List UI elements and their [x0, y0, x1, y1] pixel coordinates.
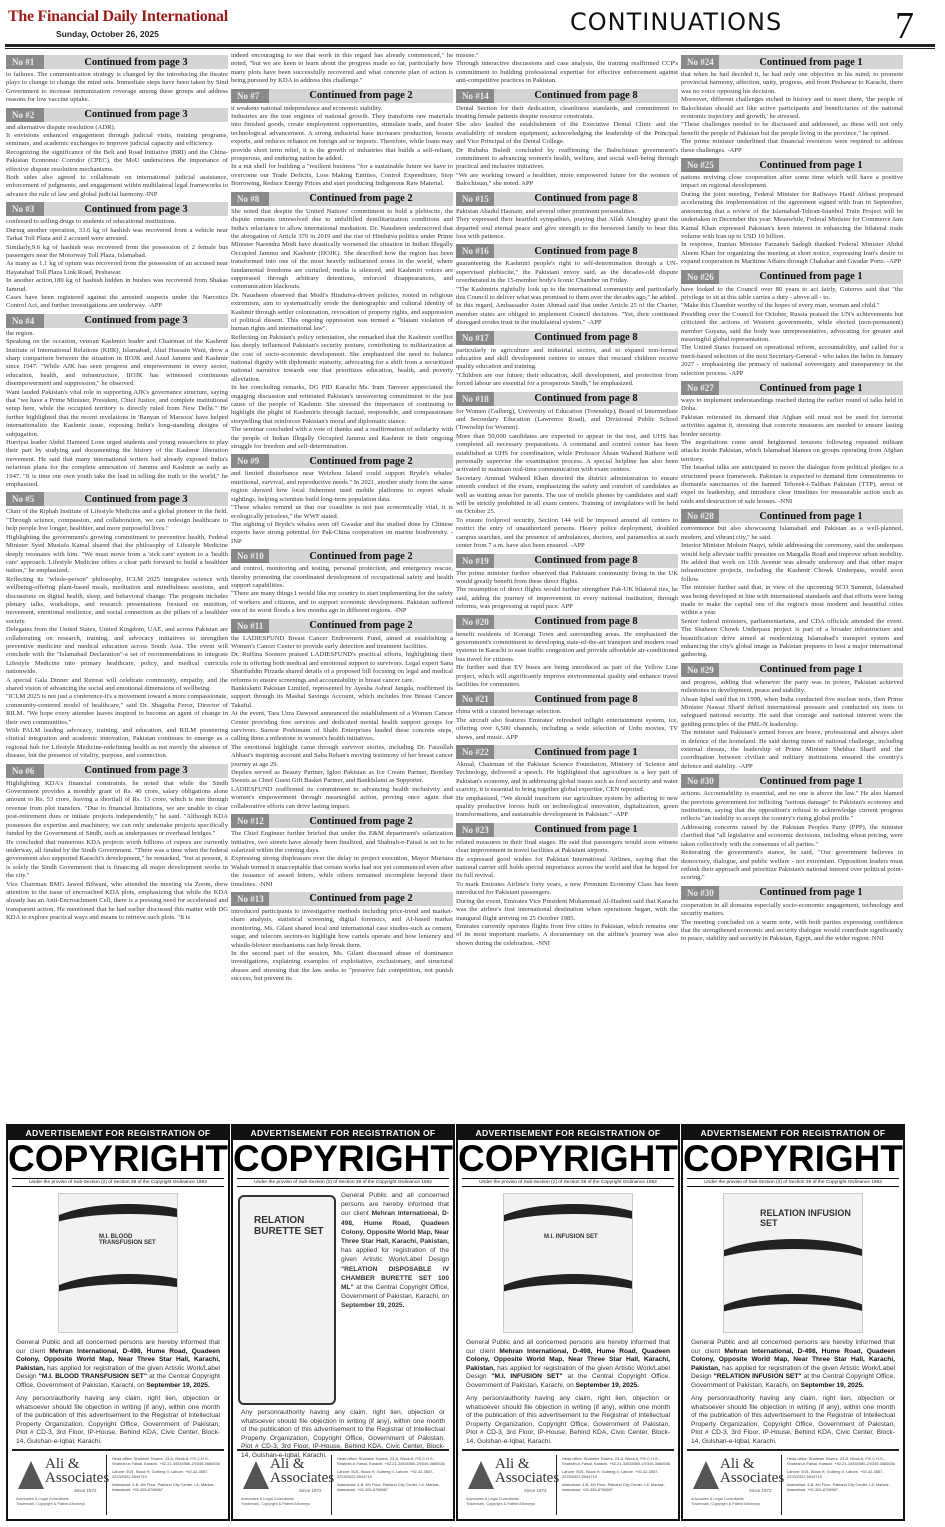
continued-from: Continued from page 8 — [494, 332, 678, 343]
column-3: misuse."Through interactive discussions … — [456, 52, 678, 1125]
continued-from: Continued from page 2 — [269, 193, 453, 204]
article-paragraph: Interior Minister Mohsin Naqvi, while ad… — [681, 542, 903, 584]
article-paragraph: and alternative dispute resolution (ADR)… — [6, 124, 228, 132]
article-paragraph: Recognizing the significance of the Belt… — [6, 149, 228, 174]
ad-objection: Any person/authority having any claim, r… — [683, 1395, 903, 1446]
article-paragraph: Reflecting its "whole-person" philosophy… — [6, 576, 228, 626]
article-paragraph: Presiding over the Council for October, … — [681, 311, 903, 345]
ad-objection: Any person/authority having any claim, r… — [8, 1395, 228, 1446]
article-paragraph: In a nut shell for building a "resilient… — [231, 163, 453, 188]
article-body: and control, monitoring and testing, per… — [231, 565, 453, 615]
continued-from: Continued from page 1 — [494, 747, 678, 758]
article-paragraph: A special Gala Dinner and Retreat will c… — [6, 677, 228, 694]
article-header: No #10Continued from page 2 — [231, 549, 453, 563]
article-body: and alternative dispute resolution (ADR)… — [6, 124, 228, 200]
article-number: No #13 — [231, 892, 269, 906]
article-paragraph: The Istanbul talks are anticipated to mo… — [681, 464, 903, 506]
article-header: No #30Continued from page 1 — [681, 886, 903, 900]
article-body: The Chief Engineer further briefed that … — [231, 830, 453, 889]
agency-logo: Ali &Associates Since 1972 Advocates & L… — [12, 1455, 107, 1515]
article-paragraph: Wani lauded Pakistan's vital role in sup… — [6, 389, 228, 439]
article-paragraph: The United States focused on operational… — [681, 344, 903, 378]
article-paragraph: To ensure foolproof security, Section 14… — [456, 517, 678, 551]
article-body: have looked to the Council over 80 years… — [681, 286, 903, 378]
agency-logo: Ali &Associates Since 1972 Advocates & L… — [687, 1455, 782, 1515]
article-number: No #18 — [456, 392, 494, 406]
article-paragraph: In this regard, Ambassador Asim Ahmad sa… — [456, 302, 678, 327]
article-paragraph: Emirates currently operates flights from… — [456, 923, 678, 948]
article-header: No #16Continued from page 8 — [456, 244, 678, 258]
article-paragraph: She noted that despite the United Nation… — [231, 208, 453, 292]
article-header: No #4Continued from page 3 — [6, 314, 228, 328]
article-header: No #9Continued from page 2 — [231, 454, 453, 468]
section-title: CONTINUATIONS — [570, 8, 782, 36]
article-body: benefit residents of Korangi Town and su… — [456, 631, 678, 690]
column-2: indeed encouraging to see that work in t… — [231, 52, 453, 1125]
continued-from: Continued from page 8 — [494, 616, 678, 627]
product-label-image: RELATION BURETTE SET — [238, 1195, 336, 1405]
article-header: No #1Continued from page 3 — [6, 55, 228, 69]
article-paragraph: Cases have been registered against the a… — [6, 294, 228, 311]
article-body: particularly in agriculture and industri… — [456, 347, 678, 389]
article-body: misuse."Through interactive discussions … — [456, 52, 678, 86]
continued-from: Continued from page 1 — [719, 887, 903, 898]
article-header: No #22Continued from page 1 — [456, 745, 678, 759]
header-rule-thin — [5, 48, 935, 49]
article-number: No #30 — [681, 886, 719, 900]
ad-subtitle: Under the proviso of Sub-Section (2) of … — [462, 1178, 674, 1187]
article-number: No #25 — [681, 158, 719, 172]
continued-from: Continued from page 1 — [719, 57, 903, 68]
agency-addresses: Head office: Shaheen Towers, 23-A, Block… — [332, 1451, 449, 1515]
continued-from: Continued from page 8 — [494, 694, 678, 705]
continued-from: Continued from page 2 — [269, 893, 453, 904]
logo-a-icon — [468, 1461, 494, 1489]
article-paragraph: She also lauded the establishment of the… — [456, 121, 678, 146]
article-paragraph: The prime minister further observed that… — [456, 570, 678, 587]
article-paragraph: "These challenges needed to be discussed… — [681, 121, 903, 138]
article-paragraph: introduced participants to investigative… — [231, 908, 453, 950]
article-paragraph: Dr. Nausheen observed that Modi's Hindut… — [231, 292, 453, 334]
article-paragraph: Dental Section for their dedication, cle… — [456, 105, 678, 122]
continued-from: Continued from page 3 — [44, 109, 228, 120]
article-paragraph: Highlighting the government's growing co… — [6, 534, 228, 576]
article-paragraph: In another action,180 kg of hashish hidd… — [6, 277, 228, 294]
ad-objection: Any person/authority having any claim, r… — [458, 1395, 678, 1446]
article-number: No #3 — [6, 202, 44, 216]
article-header: No #2Continued from page 3 — [6, 108, 228, 122]
article-paragraph: ways to implement understandings reached… — [681, 397, 903, 414]
article-paragraph: During another operation, 33.6 kg of has… — [6, 227, 228, 244]
article-paragraph: "Children are our future; their educatio… — [456, 372, 678, 389]
article-paragraph: particularly in agriculture and industri… — [456, 347, 678, 372]
article-header: No #18Continued from page 8 — [456, 392, 678, 406]
article-paragraph: The emotional highlight came through sur… — [231, 744, 453, 769]
article-header: No #17Continued from page 8 — [456, 331, 678, 345]
copyright-ad: ADVERTISEMENT FOR REGISTRATION OF COPYRI… — [231, 1124, 455, 1521]
article-header: No #23Continued from page 1 — [456, 823, 678, 837]
continued-from: Continued from page 2 — [269, 90, 453, 101]
continued-from: Continued from page 1 — [719, 511, 903, 522]
article-paragraph: actions. Accountability is essential, an… — [681, 790, 903, 824]
article-header: No #28Continued from page 1 — [681, 509, 903, 523]
article-paragraph: The resumption of direct flights would f… — [456, 586, 678, 611]
article-body: the region.Speaking on the occasion, vet… — [6, 330, 228, 490]
article-paragraph: "Make this Chamber worthy of the hopes o… — [681, 302, 903, 310]
article-paragraph: Secretary Ammad Waheed Khan directed the… — [456, 475, 678, 517]
article-paragraph: Pakistan Abadul Hasnain, and several oth… — [456, 208, 678, 216]
article-body: the LADIESFUND Breast Cancer Endowment F… — [231, 635, 453, 812]
article-paragraph: to failures. The communication strategy … — [6, 71, 228, 105]
continued-from: Continued from page 1 — [719, 271, 903, 282]
article-paragraph: Chair of the Riphah Institute of Lifesty… — [6, 508, 228, 533]
logo-a-icon — [693, 1461, 719, 1489]
article-paragraph: "There are many things I would like my c… — [231, 590, 453, 615]
column-4: No #24Continued from page 1that when he … — [681, 52, 903, 1125]
continued-from: Continued from page 2 — [269, 456, 453, 467]
article-number: No #16 — [456, 244, 494, 258]
article-paragraph: The meeting concluded on a warm note, wi… — [681, 919, 903, 944]
article-number: No #5 — [6, 492, 44, 506]
logo-a-icon — [18, 1461, 44, 1489]
article-paragraph: Depilex served as Beauty Partner, Igloo … — [231, 769, 453, 786]
article-body: china with a curated beverage selection.… — [456, 708, 678, 742]
continued-from: Continued from page 3 — [44, 57, 228, 68]
article-header: No #26Continued from page 1 — [681, 270, 903, 284]
article-header: No #19Continued from page 8 — [456, 554, 678, 568]
article-body: actions. Accountability is essential, an… — [681, 790, 903, 882]
article-paragraph: It envisions enhanced engagement through… — [6, 132, 228, 149]
article-paragraph: the LADIESFUND Breast Cancer Endowment F… — [231, 635, 453, 652]
article-number: No #15 — [456, 192, 494, 206]
article-paragraph: "ICLM 2025 is not just a conference-it's… — [6, 693, 228, 727]
agency-footer: Ali &Associates Since 1972 Advocates & L… — [237, 1449, 449, 1515]
article-body: confessed to selling drugs to students o… — [6, 218, 228, 310]
article-number: No #2 — [6, 108, 44, 122]
article-paragraph: confessed to selling drugs to students o… — [6, 218, 228, 226]
continued-from: Continued from page 2 — [269, 816, 453, 827]
article-number: No #28 — [681, 509, 719, 523]
article-paragraph: "The Kashmiris rightfully look up to the… — [456, 286, 678, 303]
article-number: No #27 — [681, 381, 719, 395]
article-paragraph: The negotiations come amid heightened te… — [681, 439, 903, 464]
article-number: No #23 — [456, 823, 494, 837]
article-paragraph: Hurriyat leader Abdul Hameed Lone urged … — [6, 439, 228, 489]
article-paragraph: Vice Chairman BMG Jawed Bilwani, who att… — [6, 881, 228, 923]
article-paragraph: for Women (Gulberg), University of Educa… — [456, 408, 678, 433]
article-paragraph: He concluded that numerous KDA projects … — [6, 839, 228, 881]
continued-from: Continued from page 1 — [719, 383, 903, 394]
article-paragraph: Similarly,9.6 kg of hashish was recovere… — [6, 244, 228, 261]
article-number: No #10 — [231, 549, 269, 563]
article-paragraph: convenience but also showcasing Islamaba… — [681, 525, 903, 542]
header-rule — [5, 44, 935, 47]
article-paragraph: The prime minister underlined that finan… — [681, 138, 903, 155]
agency-footer: Ali &Associates Since 1972 Advocates & L… — [687, 1449, 899, 1515]
article-body: Chair of the Riphah Institute of Lifesty… — [6, 508, 228, 760]
copyright-ad: ADVERTISEMENT FOR REGISTRATION OF COPYRI… — [6, 1124, 230, 1521]
ad-subtitle: Under the proviso of Sub-Section (2) of … — [687, 1178, 899, 1187]
article-header: No #14Continued from page 8 — [456, 89, 678, 103]
article-body: convenience but also showcasing Islamaba… — [681, 525, 903, 660]
continued-from: Continued from page 1 — [719, 776, 903, 787]
continued-from: Continued from page 1 — [719, 664, 903, 675]
article-paragraph: The Chief Engineer further briefed that … — [231, 830, 453, 855]
article-body: ways to implement understandings reached… — [681, 397, 903, 506]
article-header: No #6Continued from page 3 — [6, 764, 228, 778]
article-paragraph: benefit residents of Korangi Town and su… — [456, 631, 678, 665]
continued-from: Continued from page 1 — [494, 824, 678, 835]
article-header: No #21Continued from page 8 — [456, 692, 678, 706]
article-number: No #29 — [681, 663, 719, 677]
article-paragraph: Highlighting KDA's financial constraints… — [6, 780, 228, 839]
article-paragraph: Dr Rubaba Buledi concluded by reaffirmin… — [456, 147, 678, 172]
article-paragraph: The minister said Pakistan's armed force… — [681, 729, 903, 771]
article-paragraph: At the event, Tara Uzra Dawood announced… — [231, 710, 453, 744]
article-paragraph: misuse." — [456, 52, 678, 60]
article-paragraph: Speaking on the occasion, veteran Kashmi… — [6, 338, 228, 388]
article-number: No #21 — [456, 692, 494, 706]
article-body: nations reviving close cooperation after… — [681, 174, 903, 266]
article-paragraph: In the second part of the session, Ms. G… — [231, 950, 453, 984]
article-paragraph: He further said that EV buses are being … — [456, 664, 678, 689]
article-body: Akmal, Chairman of the Pakistan Science … — [456, 761, 678, 820]
article-paragraph: During the event, Emirates Vice Presiden… — [456, 898, 678, 923]
paper-date: Sunday, October 26, 2025 — [56, 29, 159, 39]
column-1: No #1Continued from page 3to failures. T… — [6, 52, 228, 1125]
article-paragraph: and limited disturbance near Weizhou Isl… — [231, 470, 453, 504]
article-paragraph: have looked to the Council over 80 years… — [681, 286, 903, 303]
article-paragraph: Dr. Ruffina Soomro praised LADIESFUND's … — [231, 651, 453, 685]
article-paragraph: With PALM leading advocacy, training, an… — [6, 727, 228, 761]
article-body: it weakens national independence and eco… — [231, 105, 453, 189]
continued-from: Continued from page 2 — [269, 620, 453, 631]
continued-from: Continued from page 1 — [719, 160, 903, 171]
continued-from: Continued from page 8 — [494, 246, 678, 257]
agency-footer: Ali &Associates Since 1972 Advocates & L… — [462, 1449, 674, 1515]
continued-from: Continued from page 8 — [494, 393, 678, 404]
article-paragraph: The aircraft also features Emirates' ref… — [456, 717, 678, 742]
article-body: The prime minister further observed that… — [456, 570, 678, 612]
article-body: Highlighting KDA's financial constraints… — [6, 780, 228, 923]
agency-logo: Ali &Associates Since 1972 Advocates & L… — [462, 1455, 557, 1515]
article-paragraph: As many as 1.1 kg of opium was recovered… — [6, 260, 228, 277]
article-paragraph: indeed encouraging to see that work in t… — [231, 52, 453, 86]
agency-logo: Ali &Associates Since 1972 Advocates & L… — [237, 1455, 332, 1515]
article-paragraph: it weakens national independence and eco… — [231, 105, 453, 113]
article-header: No #29Continued from page 1 — [681, 663, 903, 677]
article-body: guaranteeing the Kashmiri people's right… — [456, 260, 678, 327]
article-number: No #12 — [231, 814, 269, 828]
article-paragraph: cooperation in all domains especially so… — [681, 902, 903, 919]
article-number: No #30 — [681, 774, 719, 788]
continued-from: Continued from page 2 — [269, 551, 453, 562]
article-header: No #27Continued from page 1 — [681, 381, 903, 395]
article-paragraph: To mark Emirates Airline's forty years, … — [456, 881, 678, 898]
article-paragraph: the region. — [6, 330, 228, 338]
article-header: No #13Continued from page 2 — [231, 892, 453, 906]
article-body: to failures. The communication strategy … — [6, 71, 228, 105]
article-header: No #25Continued from page 1 — [681, 158, 903, 172]
article-header: No #3Continued from page 3 — [6, 202, 228, 216]
article-paragraph: "These whales remind us that our coastli… — [231, 504, 453, 521]
article-paragraph: and control, monitoring and testing, per… — [231, 565, 453, 590]
agency-addresses: Head office: Shaheen Towers, 23-A, Block… — [107, 1451, 224, 1515]
ad-subtitle: Under the proviso of Sub-Section (2) of … — [237, 1178, 449, 1187]
article-paragraph: He expressed good wishes for Pakistan In… — [456, 856, 678, 881]
article-paragraph: The sighting of Bryde's whales seen off … — [231, 521, 453, 546]
article-number: No #20 — [456, 615, 494, 629]
ad-title: COPYRIGHT — [233, 1141, 453, 1177]
article-paragraph: guaranteeing the Kashmiri people's right… — [456, 260, 678, 285]
article-body: cooperation in all domains especially so… — [681, 902, 903, 944]
article-paragraph: They expressed their heartfelt sympathie… — [456, 216, 678, 241]
article-number: No #19 — [456, 554, 494, 568]
article-header: No #5Continued from page 3 — [6, 492, 228, 506]
article-paragraph: Through interactive discussions and case… — [456, 60, 678, 85]
ad-notice: General Public and all concerned persons… — [683, 1339, 903, 1390]
article-paragraph: Senior federal ministers, parliamentaria… — [681, 618, 903, 660]
article-body: related measures in their final stages. … — [456, 839, 678, 948]
article-body: indeed encouraging to see that work in t… — [231, 52, 453, 86]
article-paragraph: Reiterating the government's stance, he … — [681, 849, 903, 883]
article-paragraph: Industries are the true engines of natio… — [231, 113, 453, 163]
article-number: No #6 — [6, 764, 44, 778]
agency-addresses: Head office: Shaheen Towers, 23-A, Block… — [557, 1451, 674, 1515]
article-paragraph: The seminar concluded with a vote of tha… — [231, 426, 453, 451]
continued-from: Continued from page 3 — [44, 494, 228, 505]
article-paragraph: "We are working toward a healthier, more… — [456, 172, 678, 189]
ad-title: COPYRIGHT — [458, 1141, 678, 1177]
article-body: and progress, adding that whenever the p… — [681, 679, 903, 771]
article-number: No #1 — [6, 55, 44, 69]
article-body: introduced participants to investigative… — [231, 908, 453, 984]
agency-footer: Ali &Associates Since 1972 Advocates & L… — [12, 1449, 224, 1515]
ad-subtitle: Under the proviso of Sub-Section (2) of … — [12, 1178, 224, 1187]
copyright-ad: ADVERTISEMENT FOR REGISTRATION OF COPYRI… — [456, 1124, 680, 1521]
agency-addresses: Head office: Shaheen Towers, 23-A, Block… — [782, 1451, 899, 1515]
continued-from: Continued from page 3 — [44, 204, 228, 215]
article-paragraph: related measures in their final stages. … — [456, 839, 678, 856]
article-paragraph: He emphasized, "We should transform our … — [456, 795, 678, 820]
page-number: 7 — [895, 4, 914, 48]
article-paragraph: In her concluding remarks, DG PID Karach… — [231, 384, 453, 426]
article-paragraph: During the joint meeting, Federal Minist… — [681, 191, 903, 241]
article-paragraph: LADIESFUND reaffirmed its commitment to … — [231, 786, 453, 811]
article-header: No #30Continued from page 1 — [681, 774, 903, 788]
paper-name: The Financial Daily International — [8, 8, 228, 26]
article-paragraph: Addressing concerns raised by the Pakist… — [681, 824, 903, 849]
article-paragraph: china with a curated beverage selection. — [456, 708, 678, 716]
continued-from: Continued from page 8 — [494, 90, 678, 101]
article-paragraph: More than 50,000 candidates are expected… — [456, 433, 678, 475]
masthead: The Financial Daily International Sunday… — [0, 0, 945, 48]
continued-from: Continued from page 8 — [494, 193, 678, 204]
continued-from: Continued from page 3 — [44, 315, 228, 326]
article-number: No #17 — [456, 331, 494, 345]
article-header: No #11Continued from page 2 — [231, 619, 453, 633]
article-paragraph: Ahsan Iqbal said that in 1998, when Indi… — [681, 696, 903, 730]
ad-notice: General Public and all concerned persons… — [458, 1339, 678, 1390]
article-number: No #14 — [456, 89, 494, 103]
article-paragraph: Pakistan reiterated its demand that Afgh… — [681, 414, 903, 439]
article-body: Pakistan Abadul Hasnain, and several oth… — [456, 208, 678, 242]
ad-title: COPYRIGHT — [8, 1141, 228, 1177]
article-paragraph: that when he had decided it, he had only… — [681, 71, 903, 96]
article-paragraph: and progress, adding that whenever the p… — [681, 679, 903, 696]
product-label-image: M.I. BLOOD TRANSFUSION SET — [58, 1193, 178, 1333]
article-paragraph: Reflecting on Pakistan's policy orientat… — [231, 334, 453, 384]
article-header: No #24Continued from page 1 — [681, 55, 903, 69]
article-header: No #8Continued from page 2 — [231, 192, 453, 206]
article-number: No #8 — [231, 192, 269, 206]
article-paragraph: nations reviving close cooperation after… — [681, 174, 903, 191]
article-number: No #9 — [231, 454, 269, 468]
article-body: Dental Section for their dedication, cle… — [456, 105, 678, 189]
article-header: No #7Continued from page 2 — [231, 89, 453, 103]
product-label-image: M.I. INFUSION SET — [503, 1193, 633, 1333]
logo-a-icon — [243, 1461, 269, 1489]
article-number: No #26 — [681, 270, 719, 284]
copyright-ad: ADVERTISEMENT FOR REGISTRATION OF COPYRI… — [681, 1124, 905, 1521]
article-body: She noted that despite the United Nation… — [231, 208, 453, 452]
ad-notice: General Public and all concerned persons… — [337, 1191, 449, 1405]
article-paragraph: Both sides also agreed to collaborate on… — [6, 174, 228, 199]
article-number: No #4 — [6, 314, 44, 328]
article-paragraph: Bankislami Pakistan Limited, represented… — [231, 685, 453, 710]
product-label-image: RELATION INFUSION SET — [723, 1193, 863, 1333]
article-body: that when he had decided it, he had only… — [681, 71, 903, 155]
article-header: No #20Continued from page 8 — [456, 615, 678, 629]
ad-notice: General Public and all concerned persons… — [8, 1339, 228, 1390]
article-paragraph: Delegates from the United States, United… — [6, 626, 228, 676]
ad-title: COPYRIGHT — [683, 1141, 903, 1177]
article-body: for Women (Gulberg), University of Educa… — [456, 408, 678, 551]
article-number: No #11 — [231, 619, 269, 633]
article-paragraph: Moreover, different challenges etched in… — [681, 96, 903, 121]
article-body: and limited disturbance near Weizhou Isl… — [231, 470, 453, 546]
article-paragraph: The minister further said that, in view … — [681, 584, 903, 618]
article-header: No #12Continued from page 2 — [231, 814, 453, 828]
article-paragraph: Akmal, Chairman of the Pakistan Science … — [456, 761, 678, 795]
article-paragraph: Expressing strong displeasure over the d… — [231, 855, 453, 889]
article-number: No #22 — [456, 745, 494, 759]
article-header: No #15Continued from page 8 — [456, 192, 678, 206]
article-number: No #7 — [231, 89, 269, 103]
article-number: No #24 — [681, 55, 719, 69]
article-paragraph: In response, Iranian Minister Farzaneh S… — [681, 241, 903, 266]
continued-from: Continued from page 8 — [494, 555, 678, 566]
continued-from: Continued from page 3 — [44, 765, 228, 776]
